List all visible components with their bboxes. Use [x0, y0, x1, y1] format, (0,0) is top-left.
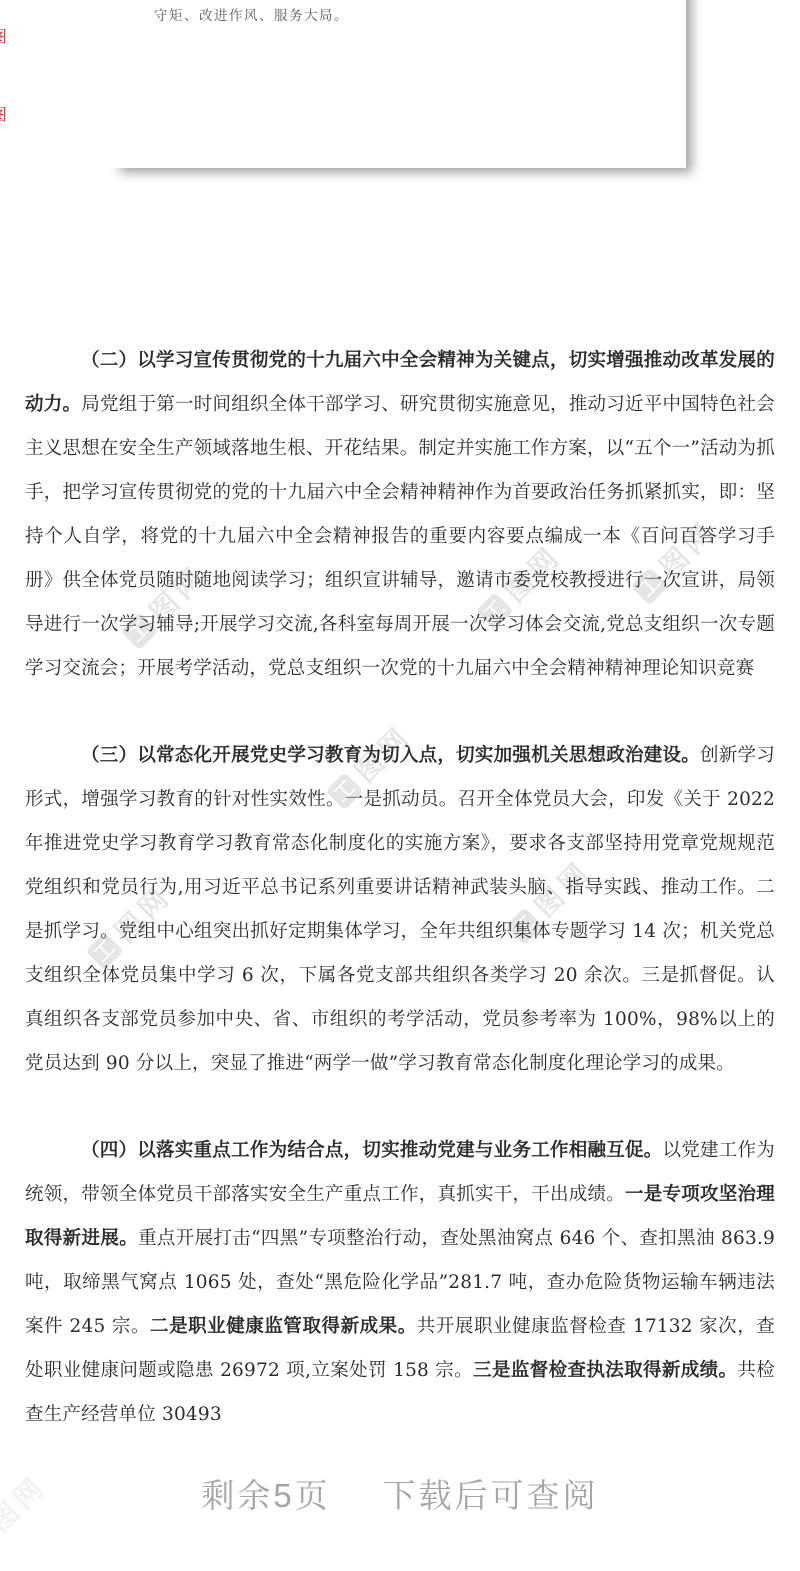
download-hint-label: 下载后可查阅	[383, 1477, 599, 1514]
paragraph: （二）以学习宣传贯彻党的十九届六中全会精神为关键点，切实增强推动改革发展的动力。…	[25, 339, 775, 691]
document-body: （二）以学习宣传贯彻党的十九届六中全会精神为关键点，切实增强推动改革发展的动力。…	[25, 339, 775, 1437]
previous-page-card: 守矩、改进作风、服务大局。	[110, 0, 686, 168]
previous-page-last-line: 守矩、改进作风、服务大局。	[154, 4, 349, 24]
left-edge-red-mark: 图	[0, 28, 7, 46]
remaining-pages-label: 剩余5页	[201, 1477, 330, 1514]
paragraph: （四）以落实重点工作为结合点，切实推动党建与业务工作相融互促。以党建工作为统领，…	[25, 1129, 775, 1437]
paragraph: （三）以常态化开展党史学习教育为切入点，切实加强机关思想政治建设。创新学习形式，…	[25, 734, 775, 1086]
preview-footer: 剩余5页下载后可查阅	[0, 1470, 800, 1517]
left-edge-red-mark: 图	[0, 106, 7, 124]
